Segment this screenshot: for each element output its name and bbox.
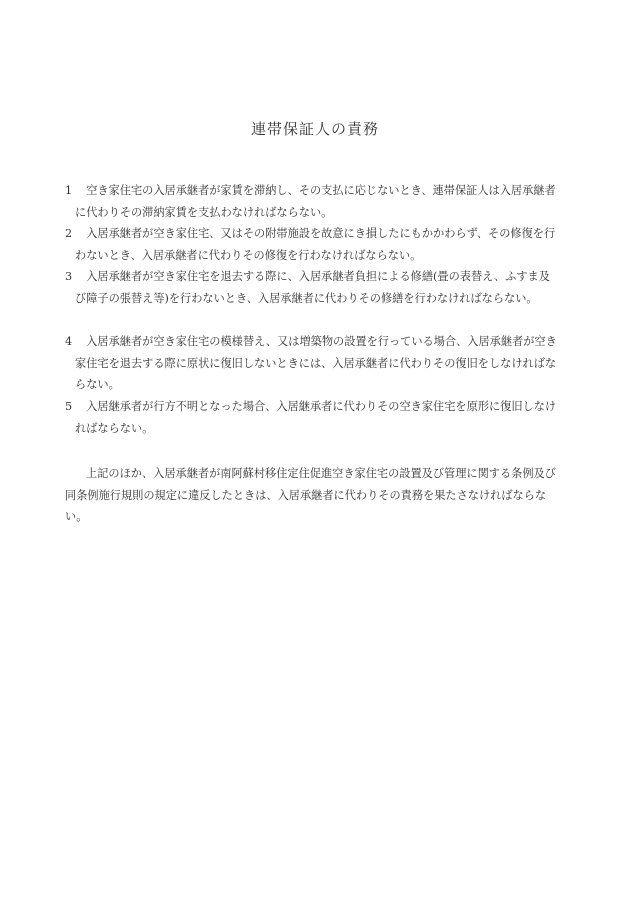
item-text: 入居承継者が空き家住宅、又はその附帯施設を故意にき損したにもかかわらず、その修復… [75, 227, 555, 262]
obligation-item-4: 4 入居承継者が空き家住宅の模様替え、又は増築物の設置を行っている場合、入居承継… [65, 331, 560, 396]
item-number: 5 [65, 396, 75, 418]
document-page: 連帯保証人の責務 1 空き家住宅の入居承継者が家賃を滞納し、その支払に応じないと… [0, 0, 630, 915]
item-number: 2 [65, 223, 75, 245]
obligation-item-5: 5 入居継承者が行方不明となった場合、入居継承者に代わりその空き家住宅を原形に復… [65, 396, 560, 439]
item-number: 4 [65, 331, 75, 353]
obligation-item-3: 3 入居承継者が空き家住宅を退去する際に、入居承継者負担による修繕(畳の表替え、… [65, 266, 560, 331]
document-title: 連帯保証人の責務 [0, 118, 630, 139]
item-text: 入居承継者が空き家住宅の模様替え、又は増築物の設置を行っている場合、入居承継者が… [75, 335, 557, 391]
item-number: 1 [65, 180, 75, 202]
obligation-item-1: 1 空き家住宅の入居承継者が家賃を滞納し、その支払に応じないとき、連帯保証人は入… [65, 180, 560, 223]
obligation-item-2: 2 入居承継者が空き家住宅、又はその附帯施設を故意にき損したにもかかわらず、その… [65, 223, 560, 266]
closing-paragraph: 上記のほか、入居承継者が南阿蘇村移住定住促進空き家住宅の設置及び管理に関する条例… [65, 463, 560, 528]
item-text: 入居継承者が行方不明となった場合、入居継承者に代わりその空き家住宅を原形に復旧し… [75, 400, 556, 435]
obligation-list: 1 空き家住宅の入居承継者が家賃を滞納し、その支払に応じないとき、連帯保証人は入… [65, 180, 560, 439]
item-number: 3 [65, 266, 75, 288]
item-text: 空き家住宅の入居承継者が家賃を滞納し、その支払に応じないとき、連帯保証人は入居承… [75, 184, 556, 219]
item-text: 入居承継者が空き家住宅を退去する際に、入居承継者負担による修繕(畳の表替え、ふす… [75, 270, 550, 305]
